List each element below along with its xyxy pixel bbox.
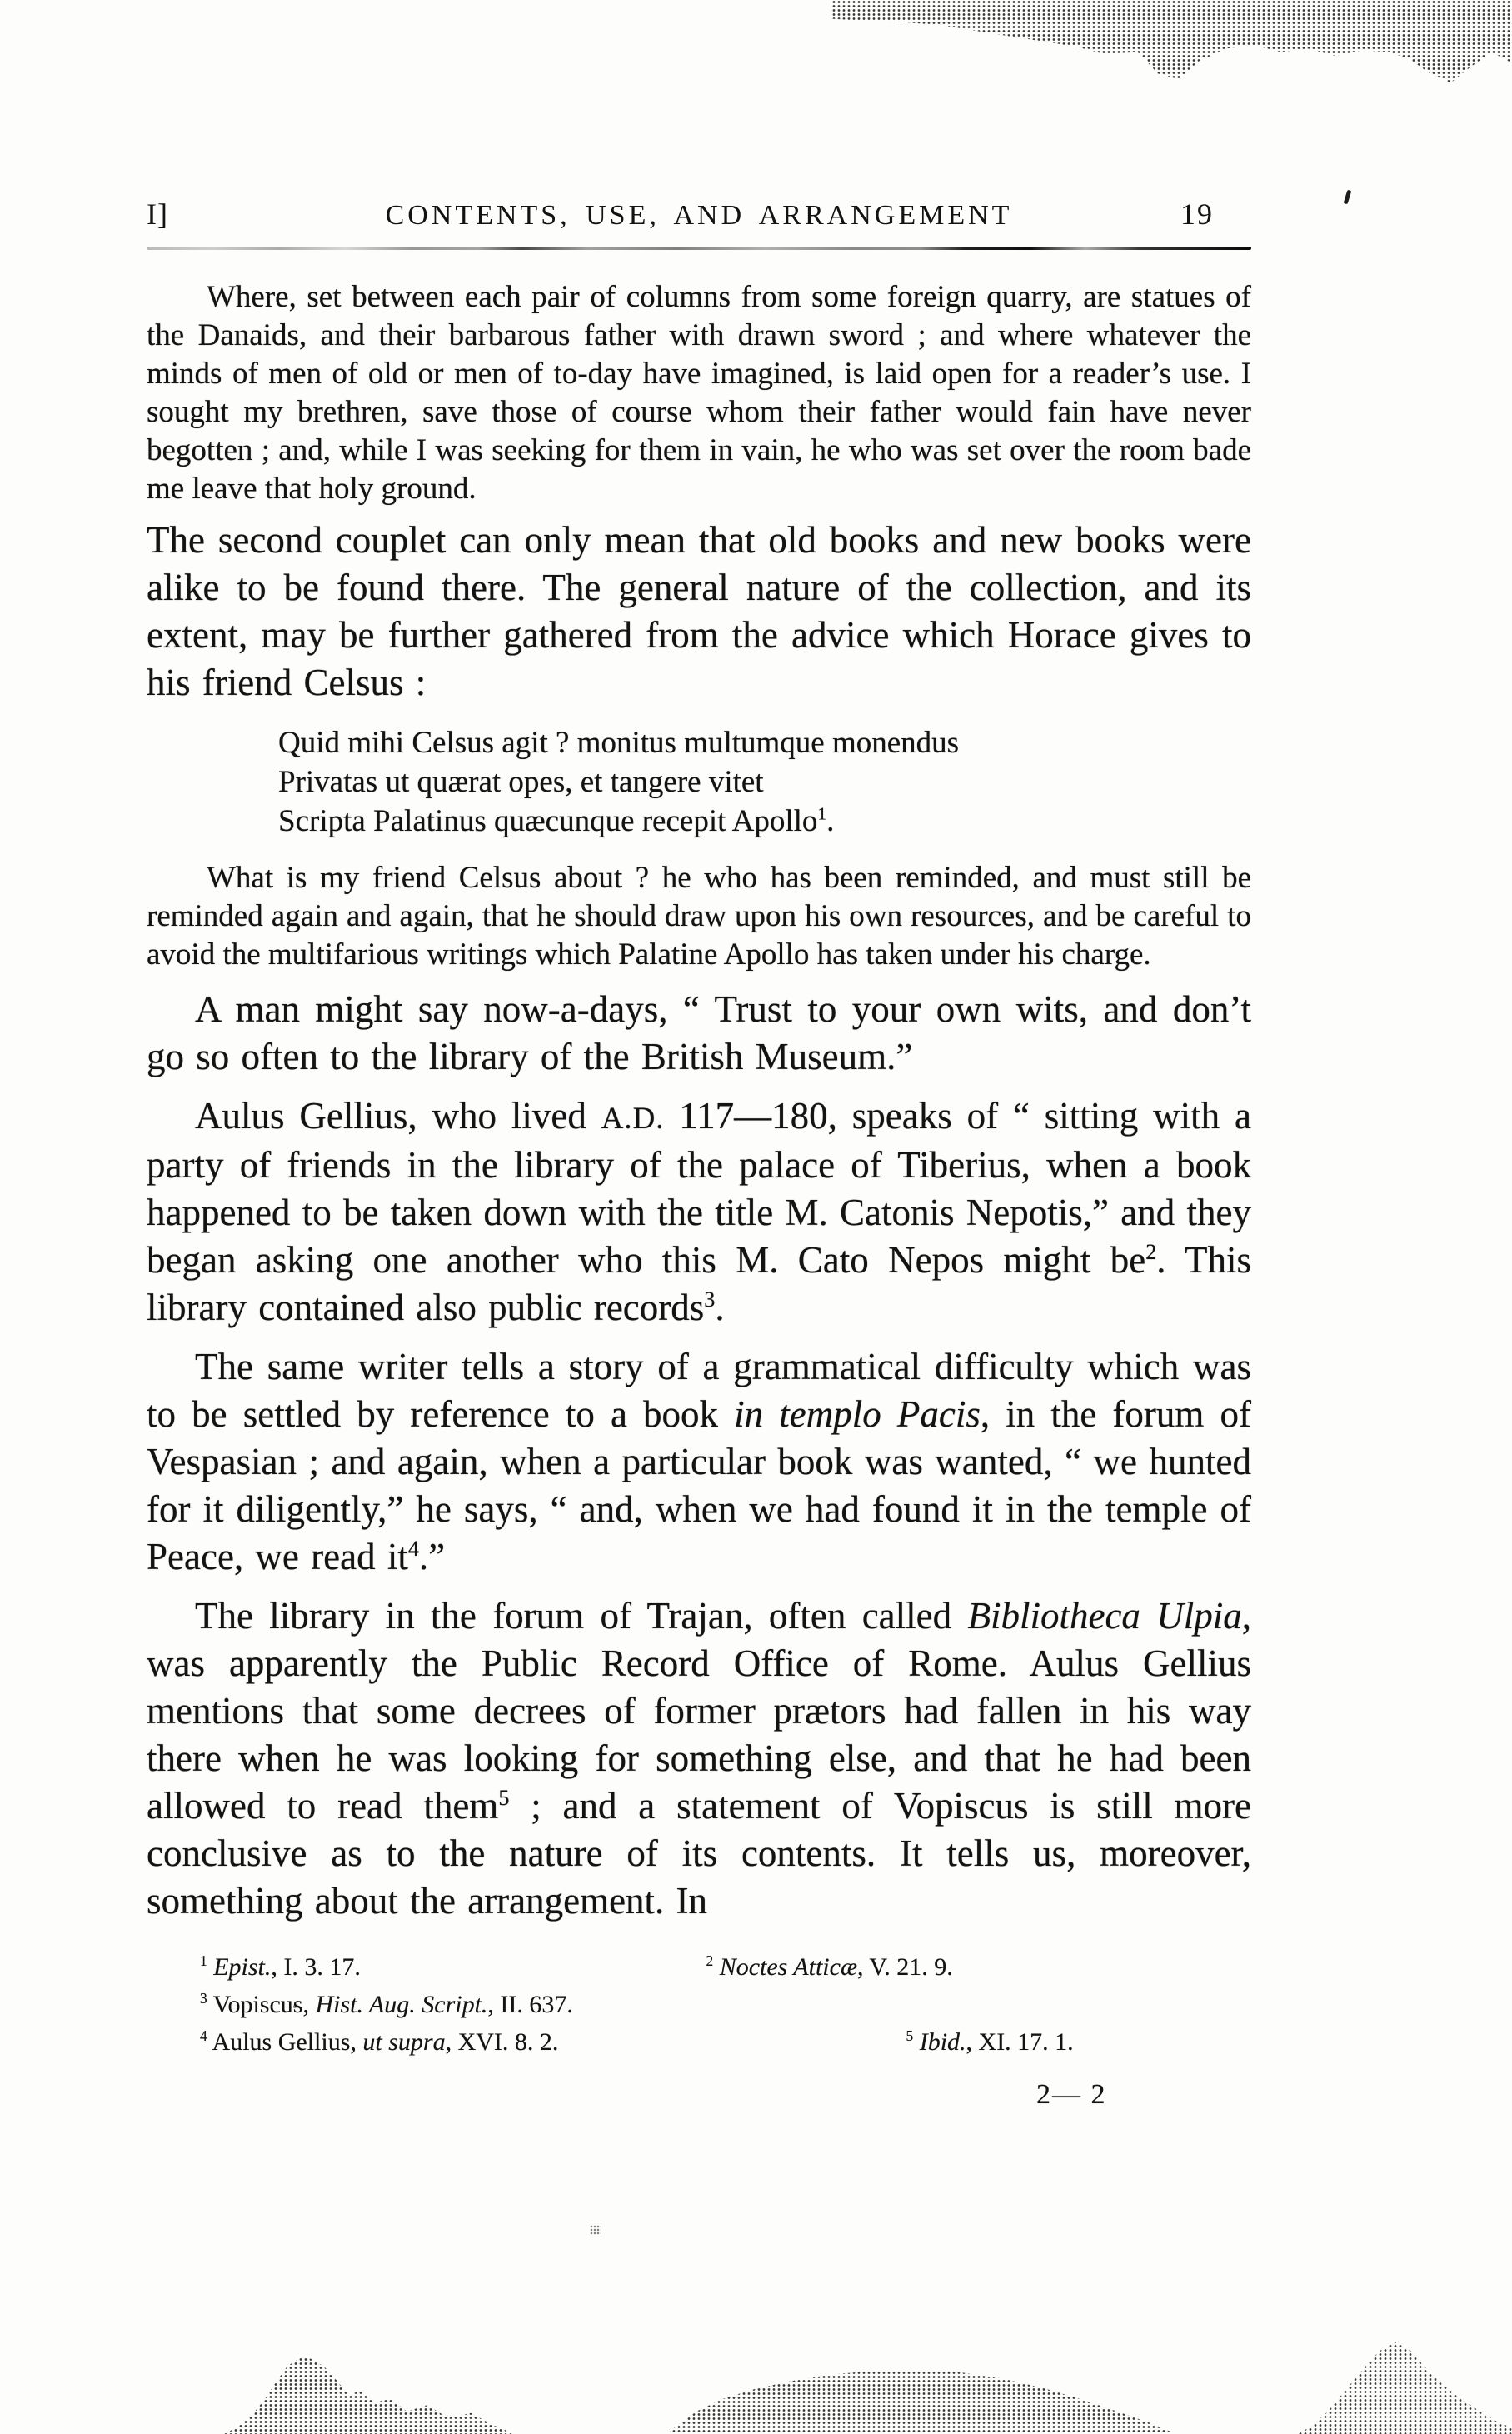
paragraph-now-a-days: A man might say now-a-days, “ Trust to y…	[147, 986, 1251, 1081]
footnotes: 1 Epist., I. 3. 17. 2 Noctes Atticæ, V. …	[200, 1948, 1251, 2061]
footnote-3: 3 Vopiscus, Hist. Aug. Script., II. 637.	[200, 1986, 573, 2023]
header-rule	[147, 247, 1251, 250]
footnote-row: 4 Aulus Gellius, ut supra, XVI. 8. 2. 5 …	[200, 2023, 1251, 2061]
signature-mark: 2— 2	[1036, 2079, 1251, 2111]
paragraph-celsus-translation: What is my friend Celsus about ? he who …	[147, 859, 1251, 974]
footnote-1: 1 Epist., I. 3. 17.	[200, 1948, 700, 1986]
footnote-4: 4 Aulus Gellius, ut supra, XVI. 8. 2.	[200, 2023, 900, 2061]
scan-artifact-bottom-left	[223, 2353, 515, 2434]
verse-line: Quid mihi Celsus agit ? monitus multumqu…	[278, 723, 1251, 762]
text-block: I] CONTENTS, USE, AND ARRANGEMENT 19 Whe…	[147, 197, 1251, 2111]
paragraph-temple-of-peace: The same writer tells a story of a gramm…	[147, 1343, 1251, 1581]
scan-artifact-top-band	[831, 0, 1512, 90]
chapter-mark: I]	[147, 197, 255, 232]
scan-artifact-bottom-center	[666, 2367, 1176, 2434]
scan-ink-tick-mark	[1344, 190, 1352, 205]
page-header: I] CONTENTS, USE, AND ARRANGEMENT 19	[147, 197, 1251, 232]
verse-block-horace: Quid mihi Celsus agit ? monitus multumqu…	[278, 723, 1251, 841]
footnote-row: 1 Epist., I. 3. 17. 2 Noctes Atticæ, V. …	[200, 1948, 1251, 1986]
paragraph-aulus-gellius: Aulus Gellius, who lived A.D. 117—180, s…	[147, 1092, 1251, 1332]
paragraph-quote-danaids: Where, set between each pair of columns …	[147, 278, 1251, 508]
running-title: CONTENTS, USE, AND ARRANGEMENT	[255, 200, 1143, 232]
paragraph-second-couplet: The second couplet can only mean that ol…	[147, 517, 1251, 707]
page-number: 19	[1143, 197, 1251, 232]
verse-line: Privatas ut quærat opes, et tangere vite…	[278, 762, 1251, 802]
scan-speck-cluster	[590, 2225, 601, 2235]
scan-speck-small	[293, 2005, 297, 2008]
footnote-row: 3 Vopiscus, Hist. Aug. Script., II. 637.	[200, 1986, 1251, 2023]
footnote-5: 5 Ibid., XI. 17. 1.	[906, 2023, 1074, 2061]
footnote-2: 2 Noctes Atticæ, V. 21. 9.	[706, 1948, 953, 1986]
paragraph-bibliotheca-ulpia: The library in the forum of Trajan, ofte…	[147, 1592, 1251, 1925]
verse-line: Scripta Palatinus quæcunque recepit Apol…	[278, 802, 1251, 841]
scan-artifact-bottom-right	[1298, 2340, 1512, 2434]
scanned-book-page: I] CONTENTS, USE, AND ARRANGEMENT 19 Whe…	[0, 0, 1512, 2434]
